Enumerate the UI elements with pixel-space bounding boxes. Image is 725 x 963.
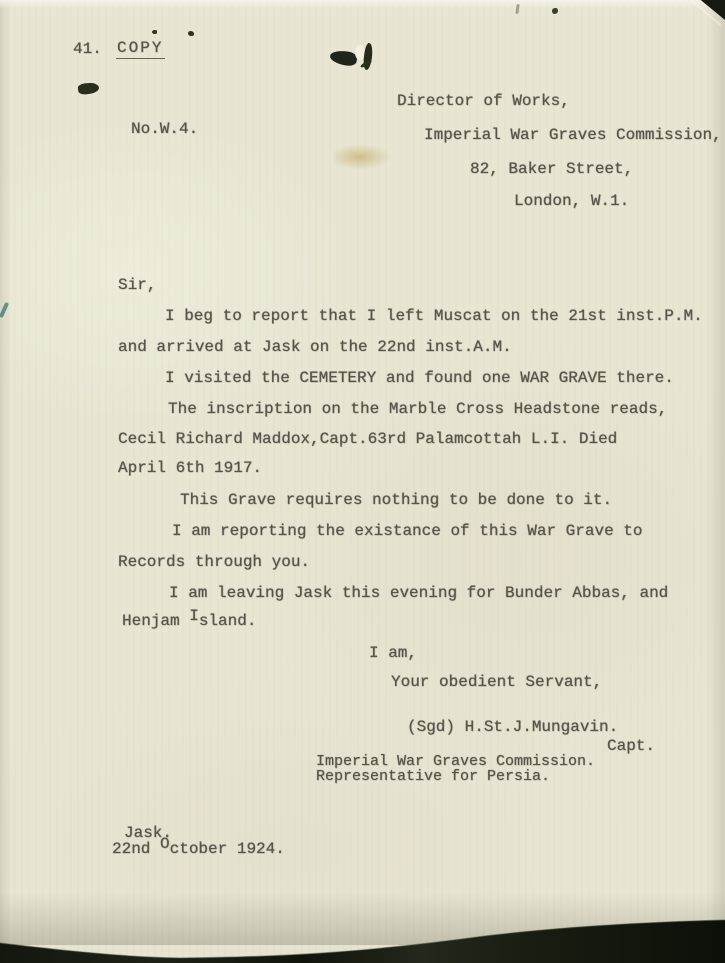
body-line: I am reporting the existance of this War… bbox=[172, 522, 642, 540]
body-line: and arrived at Jask on the 22nd inst.A.M… bbox=[118, 338, 512, 356]
body-line: Cecil Richard Maddox,Capt.63rd Palamcott… bbox=[118, 430, 617, 448]
paper-bottom-edge bbox=[0, 900, 725, 963]
body-line: I visited the CEMETERY and found one WAR… bbox=[165, 369, 674, 387]
yellow-stain bbox=[334, 144, 392, 170]
recipient-line: 82, Baker Street, bbox=[470, 160, 633, 178]
signature-rank: Capt. bbox=[607, 737, 655, 755]
signature-role: Representative for Persia. bbox=[316, 768, 550, 786]
ink-blot-left bbox=[77, 82, 99, 95]
ref-number: 41. bbox=[73, 40, 102, 58]
body-line-henjam: Henjam Island. bbox=[122, 612, 256, 630]
body-line: I beg to report that I left Muscat on th… bbox=[165, 307, 703, 325]
letter-page: 41. COPY No.W.4. Director of Works, Impe… bbox=[0, 0, 725, 963]
ink-dot bbox=[552, 8, 558, 14]
closing-i-am: I am, bbox=[369, 644, 417, 662]
body-line: April 6th 1917. bbox=[118, 459, 262, 477]
ink-dot bbox=[188, 31, 194, 36]
body-line: I am leaving Jask this evening for Bunde… bbox=[169, 584, 668, 602]
closing-servant: Your obedient Servant, bbox=[391, 673, 602, 691]
signature-signed: (Sgd) H.St.J.Mungavin. bbox=[407, 718, 618, 736]
body-line: Records through you. bbox=[118, 553, 310, 571]
file-number: No.W.4. bbox=[131, 120, 198, 138]
copy-label: COPY bbox=[116, 39, 165, 57]
date-line: 22nd October 1924. bbox=[112, 840, 285, 858]
recipient-line: Director of Works, bbox=[397, 92, 570, 110]
recipient-line: Imperial War Graves Commission, bbox=[424, 126, 722, 144]
recipient-line: London, W.1. bbox=[514, 192, 629, 210]
teal-mark bbox=[0, 302, 9, 318]
stray-mark bbox=[515, 4, 519, 14]
ink-blot-center bbox=[329, 49, 358, 67]
body-line: The inscription on the Marble Cross Head… bbox=[168, 400, 667, 418]
salutation: Sir, bbox=[118, 276, 156, 294]
ink-dot bbox=[152, 30, 157, 34]
body-line: This Grave requires nothing to be done t… bbox=[180, 491, 612, 509]
